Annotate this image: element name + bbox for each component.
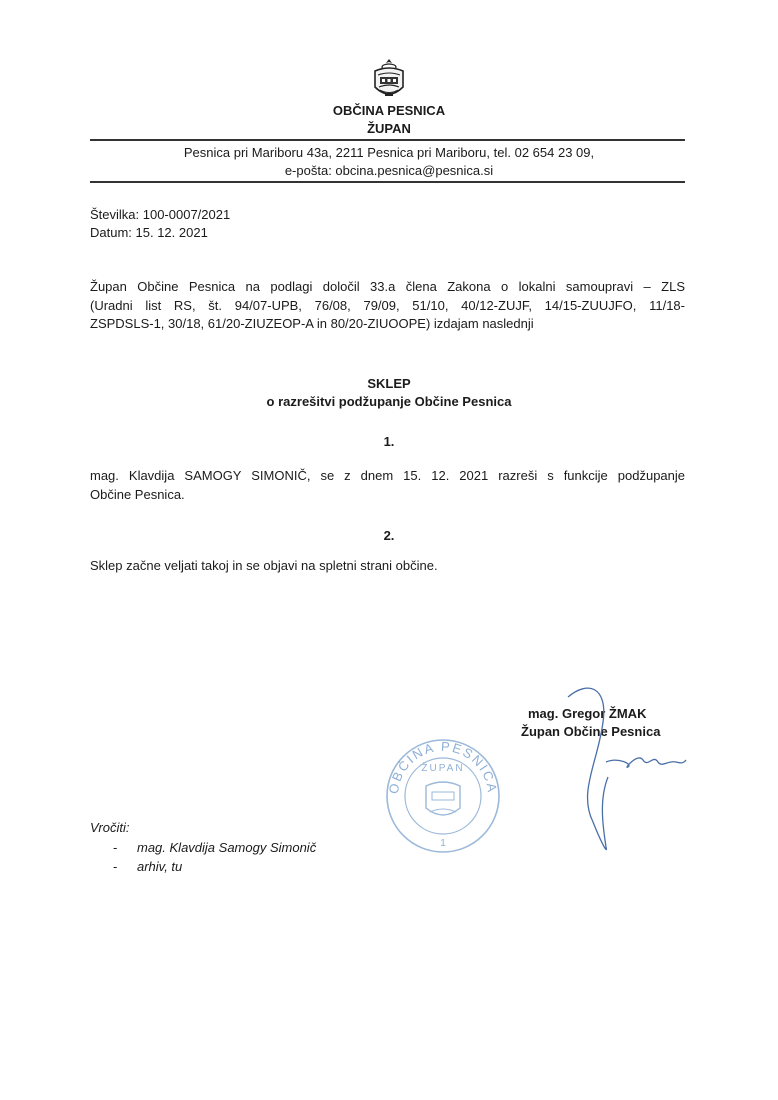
organization-name: OBČINA PESNICA xyxy=(0,103,778,118)
handwritten-signature-icon xyxy=(548,682,698,862)
official-stamp-icon: OBČINA PESNICA ŽUPAN 1 xyxy=(378,726,508,856)
address-line: Pesnica pri Mariboru 43a, 2211 Pesnica p… xyxy=(0,145,778,160)
delivery-label: Vročiti: xyxy=(90,820,130,835)
intro-line: ZSPDSLS-1, 30/18, 61/20-ZIUZEOP-A in 80/… xyxy=(90,315,685,334)
email-line: e-pošta: obcina.pesnica@pesnica.si xyxy=(0,163,778,178)
recipient-item: -arhiv, tu xyxy=(113,859,182,874)
header-divider-bottom xyxy=(90,181,685,183)
office-name: ŽUPAN xyxy=(0,121,778,136)
article-text: mag. Klavdija SAMOGY SIMONIČ, se z dnem … xyxy=(90,467,685,504)
header-divider-top xyxy=(90,139,685,141)
article-text: Sklep začne veljati takoj in se objavi n… xyxy=(90,557,685,576)
article-line: Občine Pesnica. xyxy=(90,487,185,502)
list-dash: - xyxy=(113,840,137,855)
decision-title: SKLEP xyxy=(0,376,778,391)
intro-paragraph: Župan Občine Pesnica na podlagi določil … xyxy=(90,278,685,334)
intro-line: Župan Občine Pesnica na podlagi določil … xyxy=(90,278,685,297)
svg-text:1: 1 xyxy=(440,838,446,849)
document-date: Datum: 15. 12. 2021 xyxy=(90,225,208,240)
document-number: Številka: 100-0007/2021 xyxy=(90,207,230,222)
article-line: mag. Klavdija SAMOGY SIMONIČ, se z dnem … xyxy=(90,467,685,486)
article-line: Sklep začne veljati takoj in se objavi n… xyxy=(90,558,438,573)
coat-of-arms-icon xyxy=(370,57,408,101)
document-page: OBČINA PESNICA ŽUPAN Pesnica pri Maribor… xyxy=(0,0,778,1100)
list-dash: - xyxy=(113,859,137,874)
recipient-item: -mag. Klavdija Samogy Simonič xyxy=(113,840,316,855)
article-number: 1. xyxy=(0,434,778,449)
decision-subtitle: o razrešitvi podžupanje Občine Pesnica xyxy=(0,394,778,409)
recipient-name: arhiv, tu xyxy=(137,859,182,874)
article-number: 2. xyxy=(0,528,778,543)
recipient-name: mag. Klavdija Samogy Simonič xyxy=(137,840,316,855)
svg-text:ŽUPAN: ŽUPAN xyxy=(421,761,464,774)
intro-line: (Uradni list RS, št. 94/07-UPB, 76/08, 7… xyxy=(90,297,685,316)
